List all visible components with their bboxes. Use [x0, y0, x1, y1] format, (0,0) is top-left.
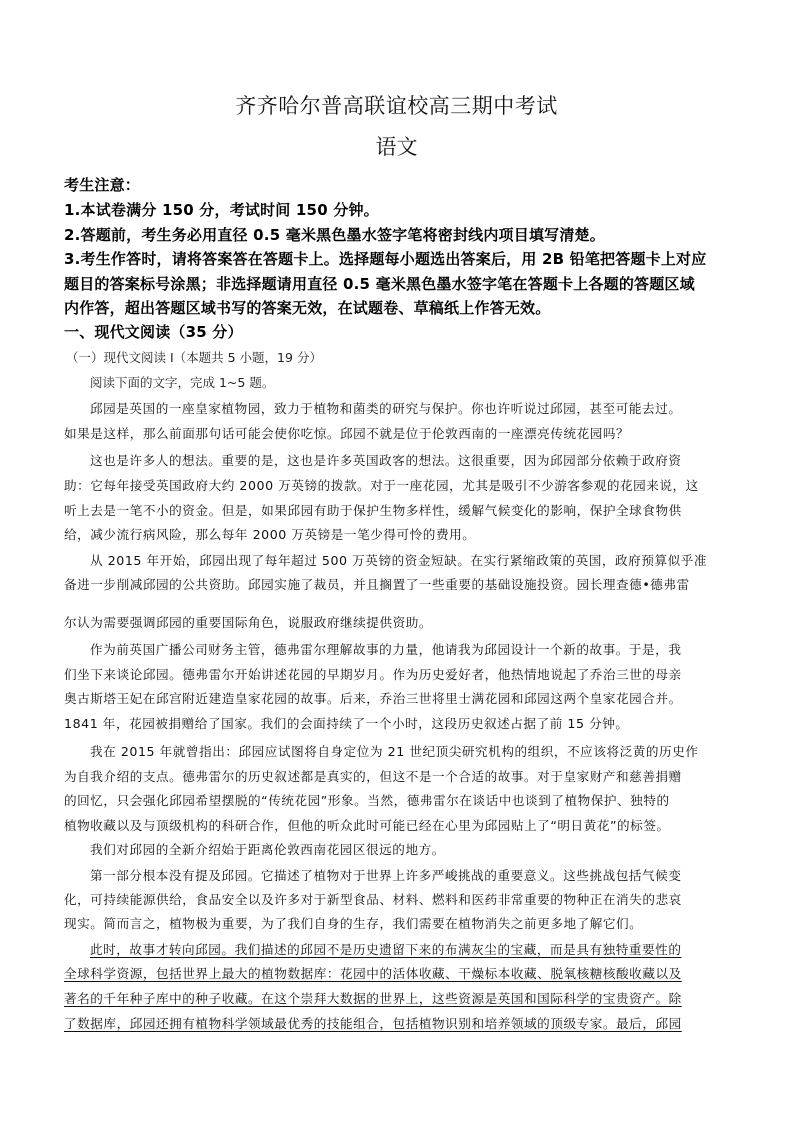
notice-heading: 考生注意： [64, 174, 730, 195]
notice-item-3: 3.考生作答时，请将答案答在答题卡上。选择题每小题选出答案后，用 2B 铅笔把答… [64, 248, 730, 269]
section-subheading: （一）现代文阅读 I（本题共 5 小题，19 分） [66, 348, 732, 366]
underlined-passage-line: 此时，故事才转向邱园。我们描述的邱园不是历史遗留下来的布满灰尘的宝藏，而是具有独… [64, 939, 756, 958]
exam-subject: 语文 [0, 131, 793, 161]
passage-line: 邱园是英国的一座皇家植物园，致力于植物和菌类的研究与保护。你也许听说过邱园，甚至… [64, 398, 756, 417]
notice-item-3-cont-1: 题目的答案标号涂黑；非选择题请用直径 0.5 毫米黑色墨水签字笔在答题卡上各题的… [64, 273, 730, 294]
passage-line: 听上去是一笔不小的资金。但是，如果邱园有助于保护生物多样性，缓解气候变化的影响，… [64, 500, 730, 519]
exam-page: 齐齐哈尔普高联谊校高三期中考试 语文 考生注意： 1.本试卷满分 150 分，考… [0, 0, 793, 1122]
passage-line: 给，减少流行病风险，那么每年 2000 万英镑是一笔少得可怜的费用。 [64, 524, 730, 543]
notice-item-2: 2.答题前，考生务必用直径 0.5 毫米黑色墨水签字笔将密封线内项目填写清楚。 [64, 224, 730, 245]
passage-line: 化，可持续能源供给，食品安全以及许多对于新型食品、材料、燃料和医药非常重要的物种… [64, 889, 730, 908]
underlined-passage-line: 著名的千年种子库中的种子收藏。在这个崇拜大数据的世界上，这些资源是英国和国际科学… [64, 988, 730, 1007]
passage-line: 如果是这样，那么前面那句话可能会使你吃惊。邱园不就是位于伦敦西南的一座漂亮传统花… [64, 423, 730, 442]
passage-line: 奥古斯塔王妃在邱宫附近建造皇家花园的故事。后来，乔治三世将里士满花园和邱园这两个… [64, 688, 730, 707]
notice-item-3-cont-2: 内作答，超出答题区域书写的答案无效，在试题卷、草稿纸上作答无效。 [64, 297, 730, 318]
passage-line: 现实。简而言之，植物极为重要，为了我们自身的生存，我们需要在植物消失之前更多地了… [64, 913, 730, 932]
exam-title: 齐齐哈尔普高联谊校高三期中考试 [0, 90, 793, 120]
passage-line: 第一部分根本没有提及邱园。它描述了植物对于世界上许多严峻挑战的重要意义。这些挑战… [64, 865, 756, 884]
underlined-passage-line: 了数据库，邱园还拥有植物科学领域最优秀的技能组合，包括植物识别和培养领域的顶级专… [64, 1013, 730, 1032]
passage-line: 助：它每年接受英国政府大约 2000 万英镑的拨款。对于一座花园，尤其是吸引不少… [64, 475, 730, 494]
passage-line: 作为前英国广播公司财务主管，德弗雷尔理解故事的力量，他请我为邱园设计一个新的故事… [64, 639, 756, 658]
passage-line: 从 2015 年开始，邱园出现了每年超过 500 万英镑的资金短缺。在实行紧缩政… [64, 550, 756, 569]
passage-line: 植物收藏以及与顶级机构的科研合作，但他的听众此时可能已经在心里为邱园贴上了“明日… [64, 815, 730, 834]
passage-line: 我们对邱园的全新介绍始于距离伦敦西南花园区很远的地方。 [64, 839, 756, 858]
reading-instruction: 阅读下面的文字，完成 1~5 题。 [64, 373, 756, 391]
section-heading: 一、现代文阅读（35 分） [64, 321, 730, 342]
notice-item-1: 1.本试卷满分 150 分，考试时间 150 分钟。 [64, 199, 730, 220]
passage-line: 的回忆，只会强化邱园希望摆脱的“传统花园”形象。当然，德弗雷尔在谈话中也谈到了植… [64, 790, 730, 809]
passage-line: 尔认为需要强调邱园的重要国际角色，说服政府继续提供资助。 [64, 612, 730, 631]
passage-line: 这也是许多人的想法。重要的是，这也是许多英国政客的想法。这很重要，因为邱园部分依… [64, 450, 756, 469]
passage-line: 们坐下来谈论邱园。德弗雷尔开始讲述花园的早期岁月。作为历史爱好者，他热情地说起了… [64, 664, 730, 683]
passage-line: 我在 2015 年就曾指出：邱园应试图将自身定位为 21 世纪顶尖研究机构的组织… [64, 741, 756, 760]
passage-line: 备进一步削减邱园的公共资助。邱园实施了裁员，并且搁置了一些重要的基础设施投资。园… [64, 574, 730, 593]
passage-line: 1841 年，花园被捐赠给了国家。我们的会面持续了一个小时，这段历史叙述占据了前… [64, 713, 730, 732]
underlined-passage-line: 全球科学资源，包括世界上最大的植物数据库：花园中的活体收藏、干燥标本收藏、脱氧核… [64, 963, 730, 982]
passage-line: 为自我介绍的支点。德弗雷尔的历史叙述都是真实的，但这不是一个合适的故事。对于皇家… [64, 766, 730, 785]
